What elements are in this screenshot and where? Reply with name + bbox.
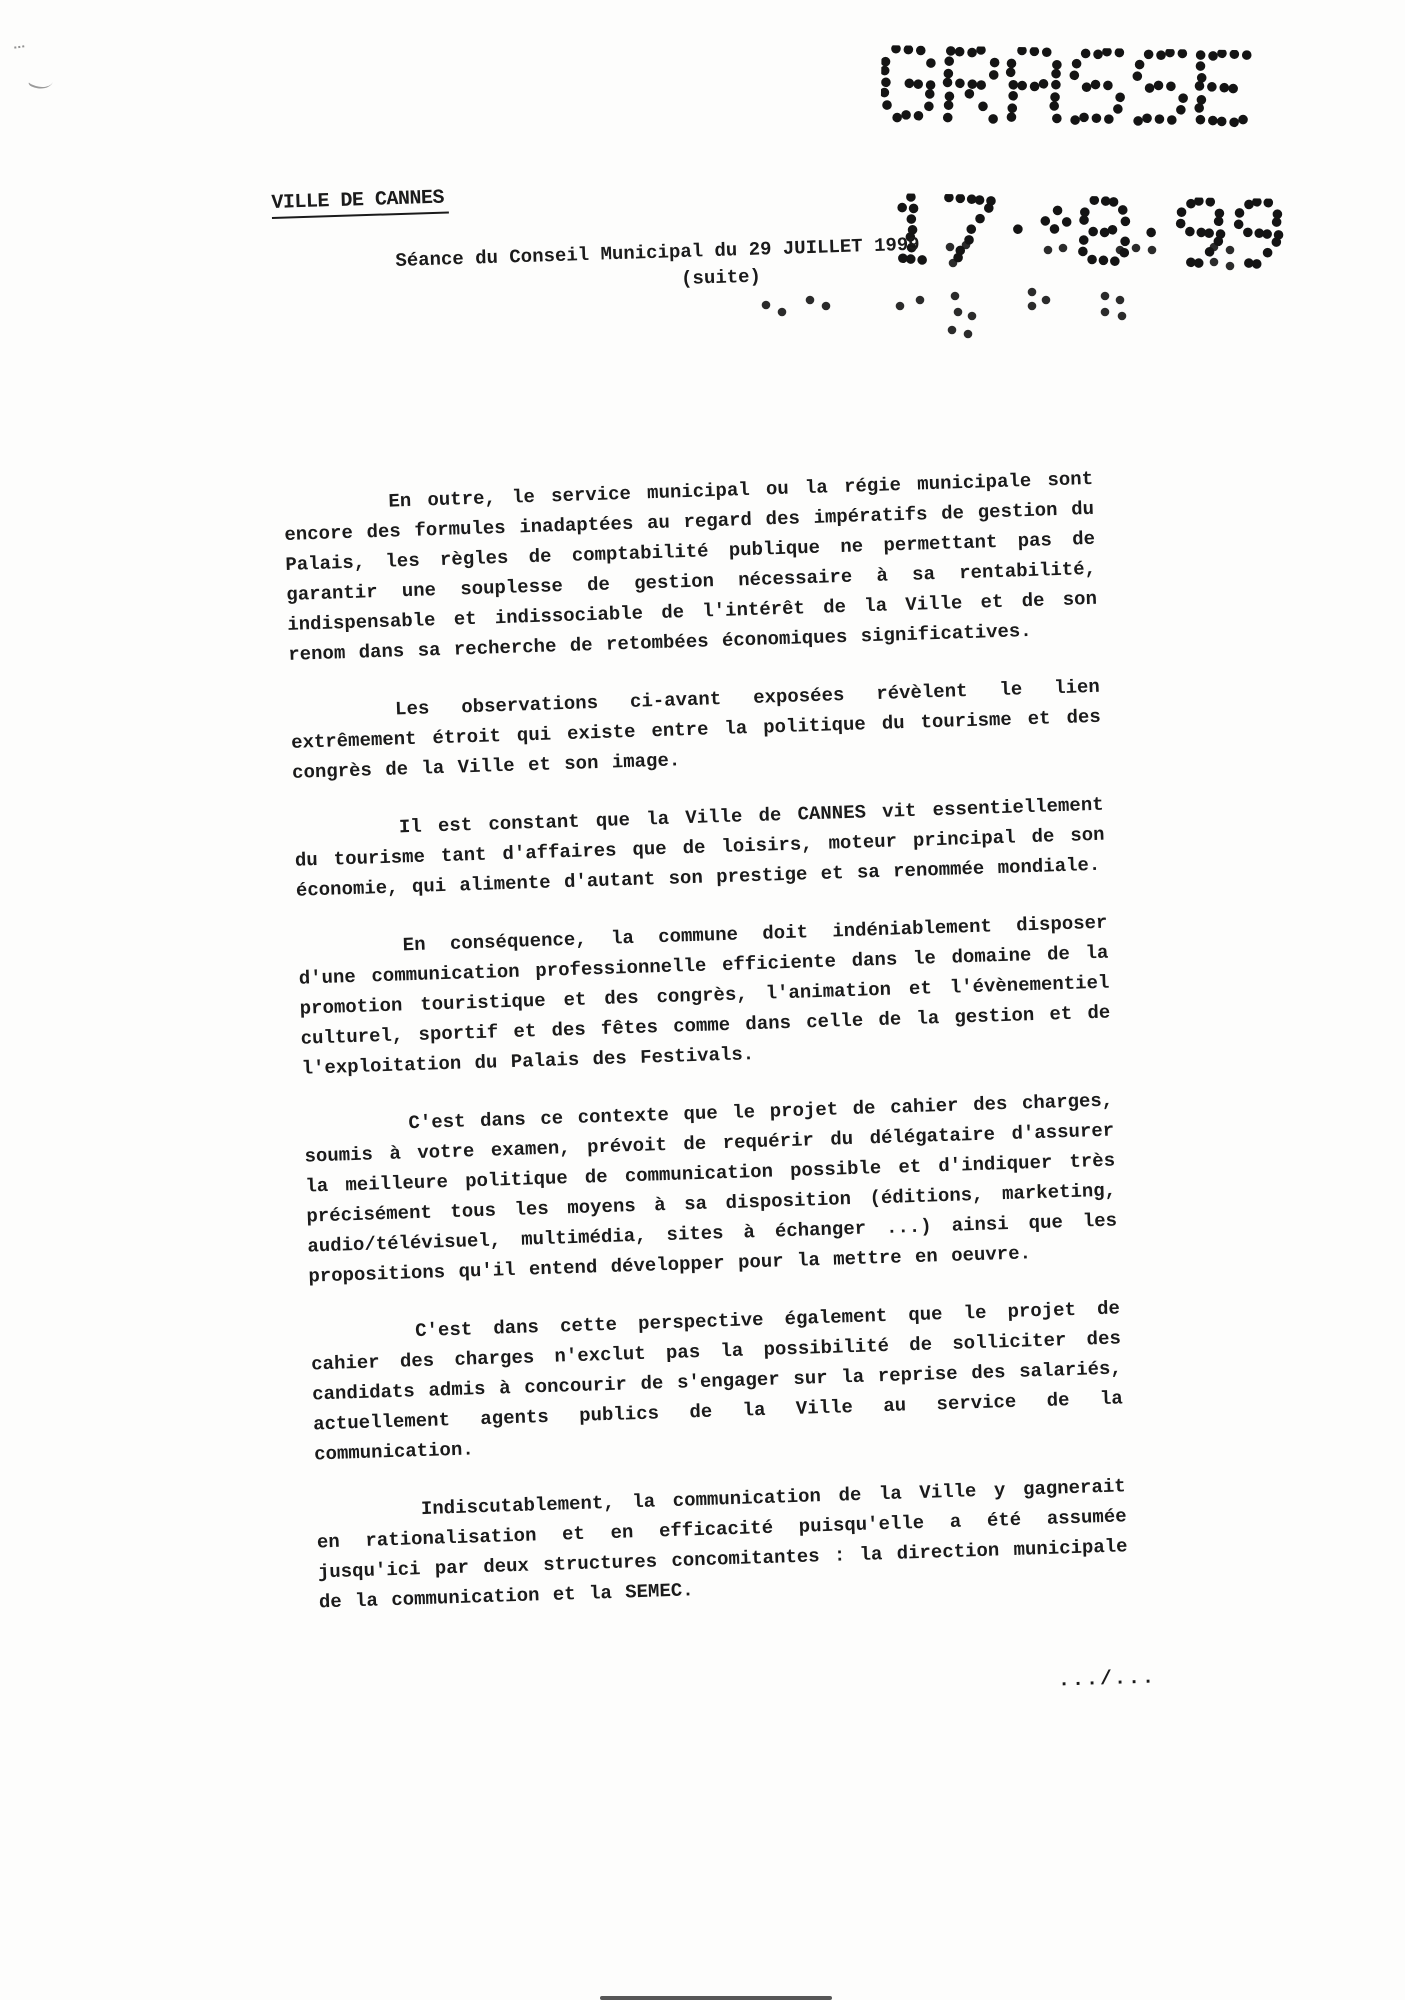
stamp-city-grasse (880, 45, 1293, 142)
stamp-date (886, 193, 1291, 283)
scanned-document-page: VILLE DE CANNES Séance du Conseil Munici… (0, 0, 1405, 2000)
scan-artifact-bottom (600, 1996, 832, 2000)
scan-artifact-dots (14, 41, 25, 48)
paragraph-2: Les observations ci-avant exposées révèl… (290, 672, 1102, 788)
continuation-mark: .../... (1058, 1666, 1157, 1692)
document-org-heading: VILLE DE CANNES (271, 186, 448, 219)
paragraph-7: Indiscutablement, la communication de la… (316, 1471, 1129, 1617)
scan-artifact-mark (28, 70, 55, 94)
paragraph-6: C'est dans cette perspective également q… (310, 1293, 1124, 1469)
paragraph-4: En conséquence, la commune doit indéniab… (297, 908, 1111, 1084)
paragraph-5: C'est dans ce contexte que le projet de … (303, 1086, 1118, 1292)
paragraph-3: Il est constant que la Ville de CANNES v… (294, 790, 1106, 906)
arrival-date-stamp (878, 45, 1293, 283)
paragraph-1: En outre, le service municipal ou la rég… (283, 464, 1098, 670)
document-body: En outre, le service municipal ou la rég… (283, 464, 1129, 1618)
document-title-block: Séance du Conseil Municipal du 29 JUILLE… (395, 231, 936, 302)
